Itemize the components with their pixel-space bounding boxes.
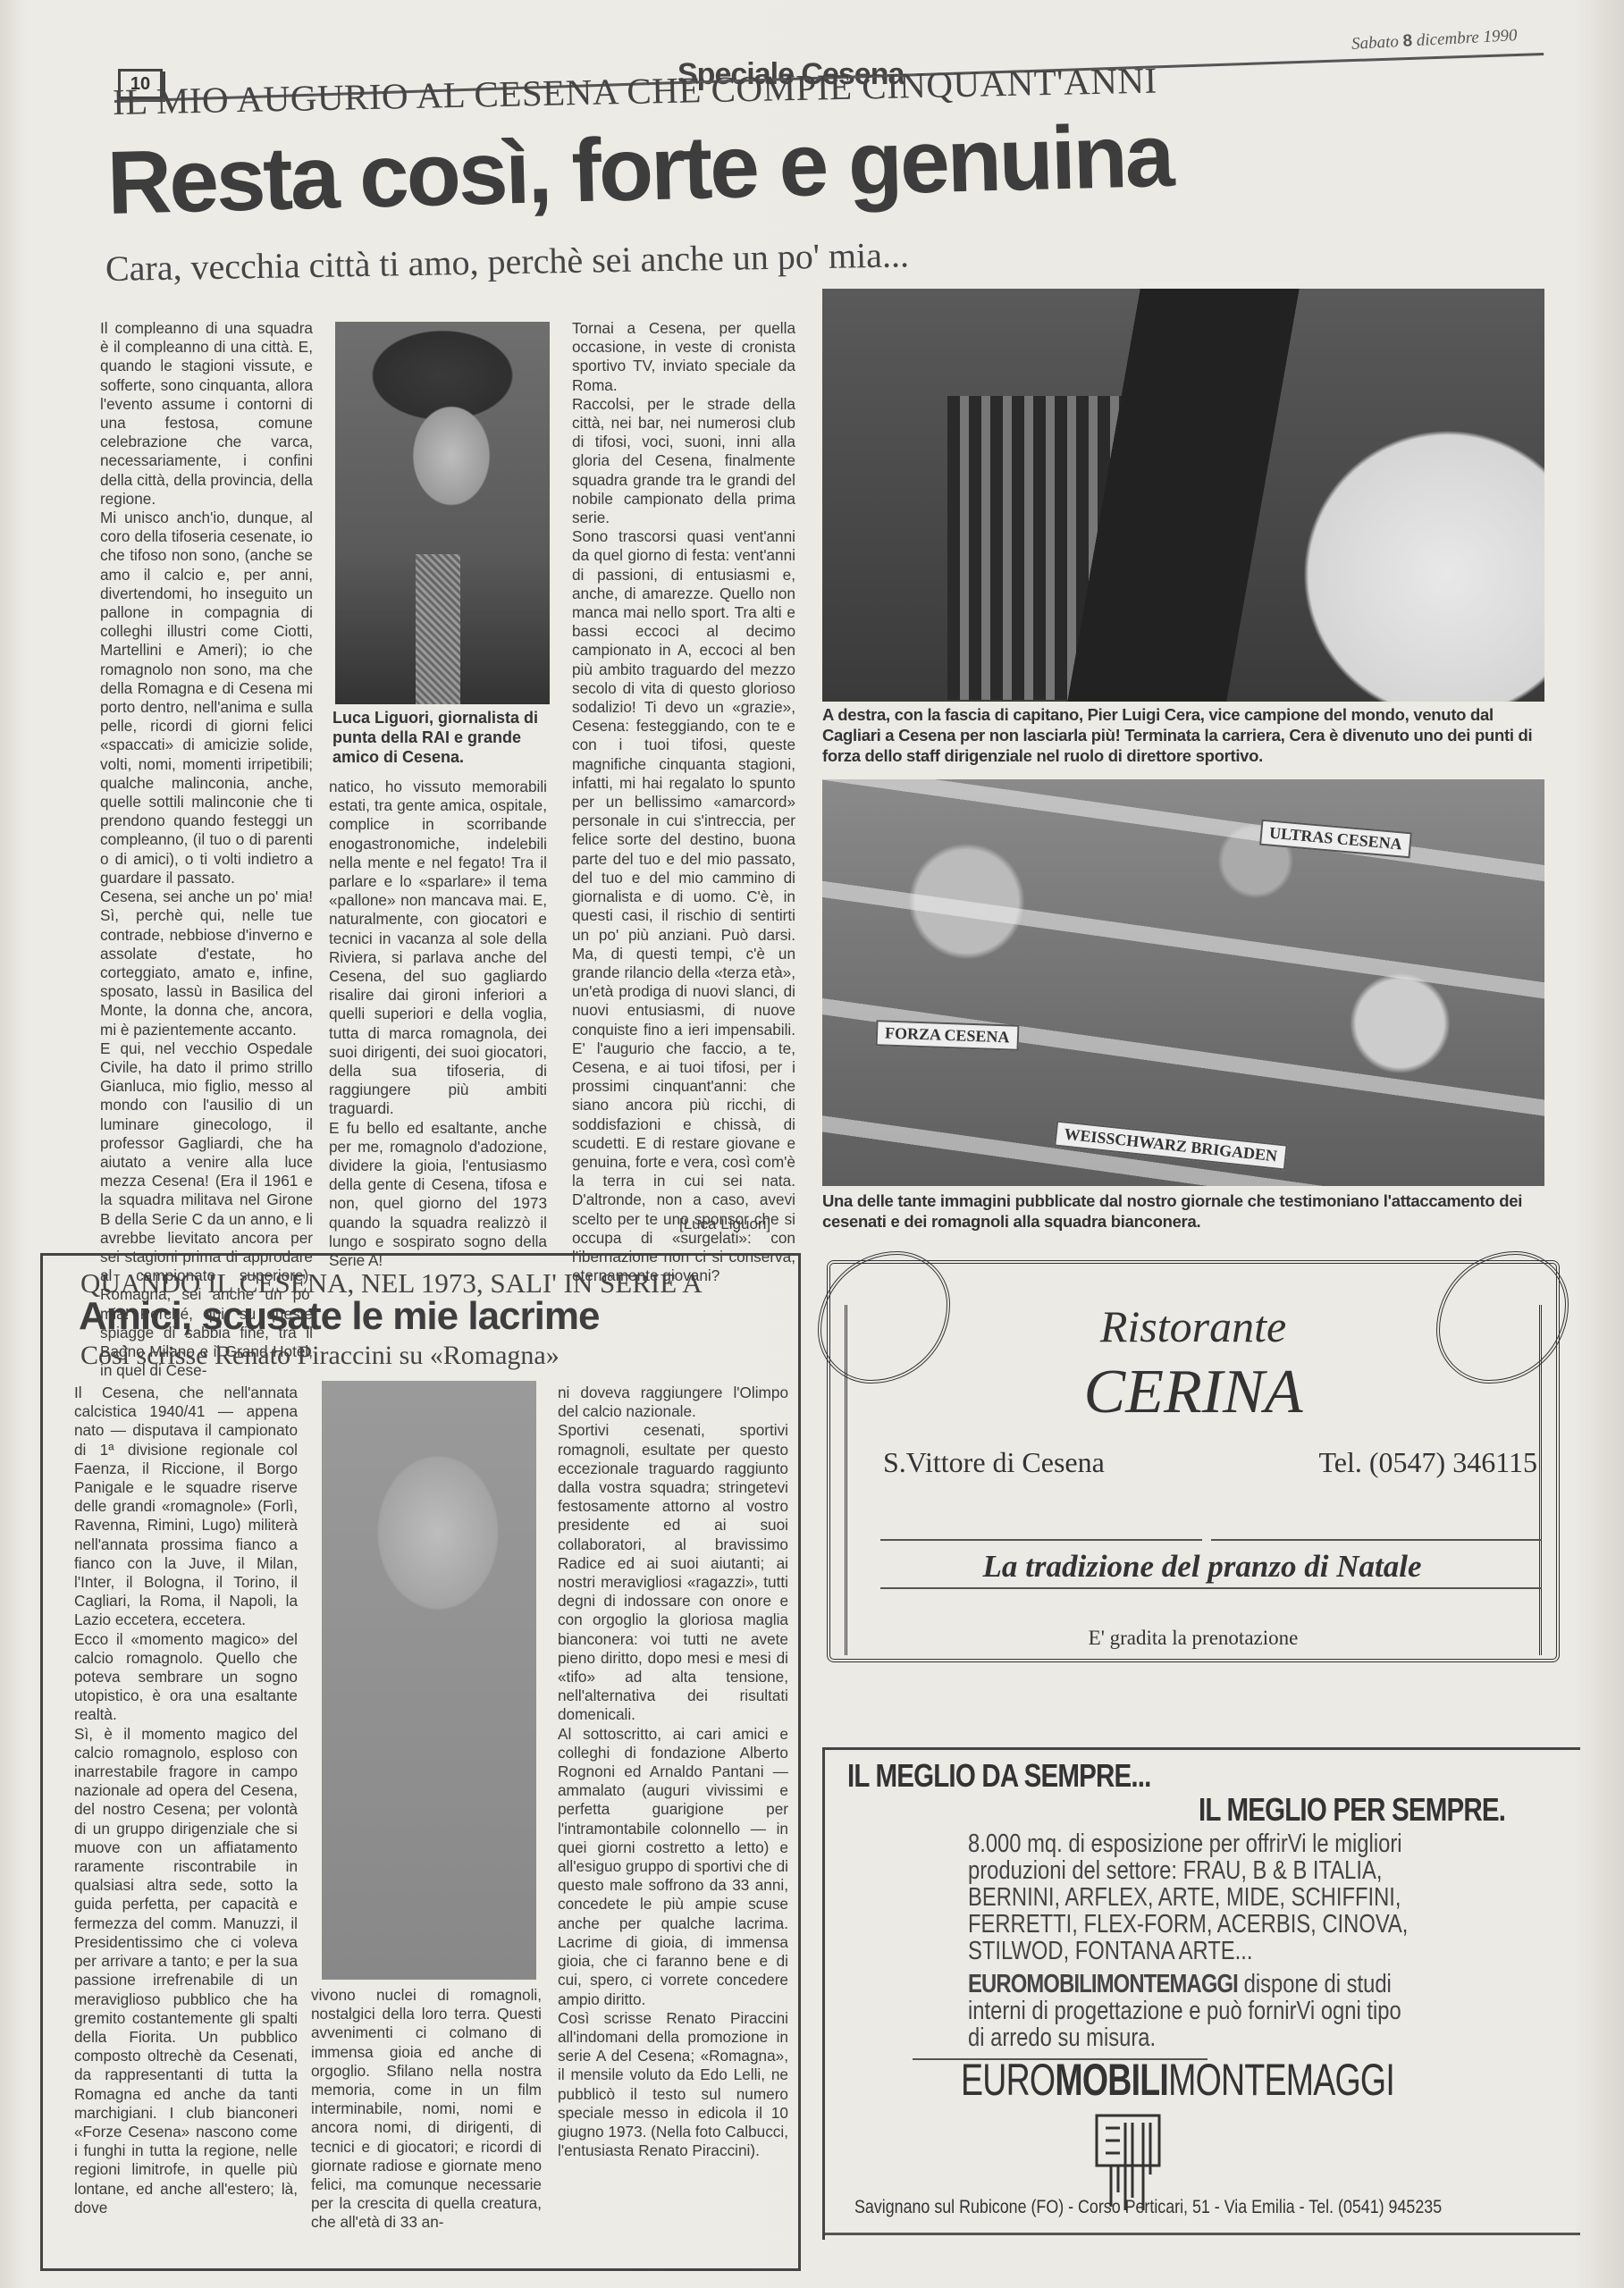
ad-euro-address: Savignano sul Rubicone (FO) - Corso Pert… xyxy=(854,2197,1442,2218)
ad-cerina-tagline: La tradizione del pranzo di Natale xyxy=(871,1549,1533,1585)
photo-renato-piraccini xyxy=(322,1381,536,1980)
ad-cerina-line1: Ristorante xyxy=(818,1300,1569,1352)
banner-forza-cesena: FORZA CESENA xyxy=(876,1020,1019,1051)
dateline: Sabato 8 dicembre 1990 xyxy=(1351,26,1519,55)
photo-liguori-caption: Luca Liguori, giornalista di punta della… xyxy=(332,708,551,767)
ad-cerina-phone: Tel. (0547) 346115 xyxy=(1073,1446,1537,1479)
ad-euro-headline-2: IL MEGLIO PER SEMPRE. xyxy=(1199,1791,1505,1829)
sidebar-article-column-2: vivono nuclei di romagnoli, nostalgici d… xyxy=(311,1986,542,2254)
divider-rule xyxy=(880,1587,1542,1589)
photo-handshake-caption: A destra, con la fascia di capitano, Pie… xyxy=(822,704,1555,766)
ad-cerina-name: CERINA xyxy=(818,1357,1569,1428)
ad-euro-body: 8.000 mq. di esposizione per offrirVi le… xyxy=(968,1830,1415,1964)
sidebar-article-column-1: Il Cesena, che nell'annata calcistica 19… xyxy=(74,1384,298,2255)
photo-luca-liguori xyxy=(335,322,550,704)
date-weekday: Sabato xyxy=(1351,32,1400,54)
ad-euro-headline-1: IL MEGLIO DA SEMPRE... xyxy=(847,1757,1151,1795)
sidebar-article-column-3: ni doveva raggiungere l'Olimpo del calci… xyxy=(558,1384,788,2255)
article-column-3: Tornai a Cesena, per quella occasione, i… xyxy=(572,319,795,1231)
ad-ristorante-cerina: Ristorante CERINA S.Vittore di Cesena Te… xyxy=(818,1251,1569,1671)
ad-cerina-location: S.Vittore di Cesena xyxy=(883,1446,1105,1479)
banner-weisschwarz-brigaden: WEISSCHWARZ BRIGADEN xyxy=(1054,1121,1287,1171)
divider-rule xyxy=(880,1539,1202,1541)
brand-montemaggi: MONTEMAGGI xyxy=(1168,2055,1394,2105)
article-column-2: natico, ho vissuto memorabili estati, tr… xyxy=(329,778,547,1242)
ad-euro-body-2: EUROMOBILIMONTEMAGGI dispone di studi in… xyxy=(968,1971,1415,2051)
article-subhead: Cara, vecchia città ti amo, perchè sei a… xyxy=(105,233,910,290)
article-signature: [Luca Liguori] xyxy=(679,1215,770,1233)
divider-rule xyxy=(1211,1539,1542,1541)
ad-euromobili-montemaggi: IL MEGLIO DA SEMPRE... IL MEGLIO PER SEM… xyxy=(822,1747,1580,2240)
ad-bottom-rule xyxy=(825,2233,1580,2235)
brand-euro: EURO xyxy=(961,2055,1055,2105)
newspaper-page: 10 Speciale Cesena Sabato 8 dicembre 199… xyxy=(0,0,1624,2288)
ad-cerina-note: E' gradita la prenotazione xyxy=(818,1627,1569,1650)
article-column-1: Il compleanno di una squadra è il comple… xyxy=(100,319,313,1249)
photo-crowd-caption: Una delle tante immagini pubblicate dal … xyxy=(822,1190,1555,1232)
brand-mobili: MOBILI xyxy=(1055,2055,1168,2105)
sidebar-article-headline: Amici, scusate le mie lacrime xyxy=(79,1294,599,1339)
article-headline: Resta così, forte e genuina xyxy=(105,105,1173,235)
ad-euro-brand-logo: EUROMOBILIMONTEMAGGI xyxy=(961,2054,1394,2106)
date-month-year: dicembre 1990 xyxy=(1416,26,1518,50)
photo-crowd-ultras: ULTRAS CESENA FORZA CESENA WEISSCHWARZ B… xyxy=(822,779,1544,1186)
sidebar-article-subhead: Così scrisse Renato Piraccini su «Romagn… xyxy=(80,1341,560,1371)
date-day: 8 xyxy=(1402,31,1413,51)
ad-euro-brand-inline: EUROMOBILIMONTEMAGGI xyxy=(968,1970,1238,1998)
photo-handshake-captains xyxy=(822,289,1544,702)
banner-ultras-cesena: ULTRAS CESENA xyxy=(1259,820,1412,859)
